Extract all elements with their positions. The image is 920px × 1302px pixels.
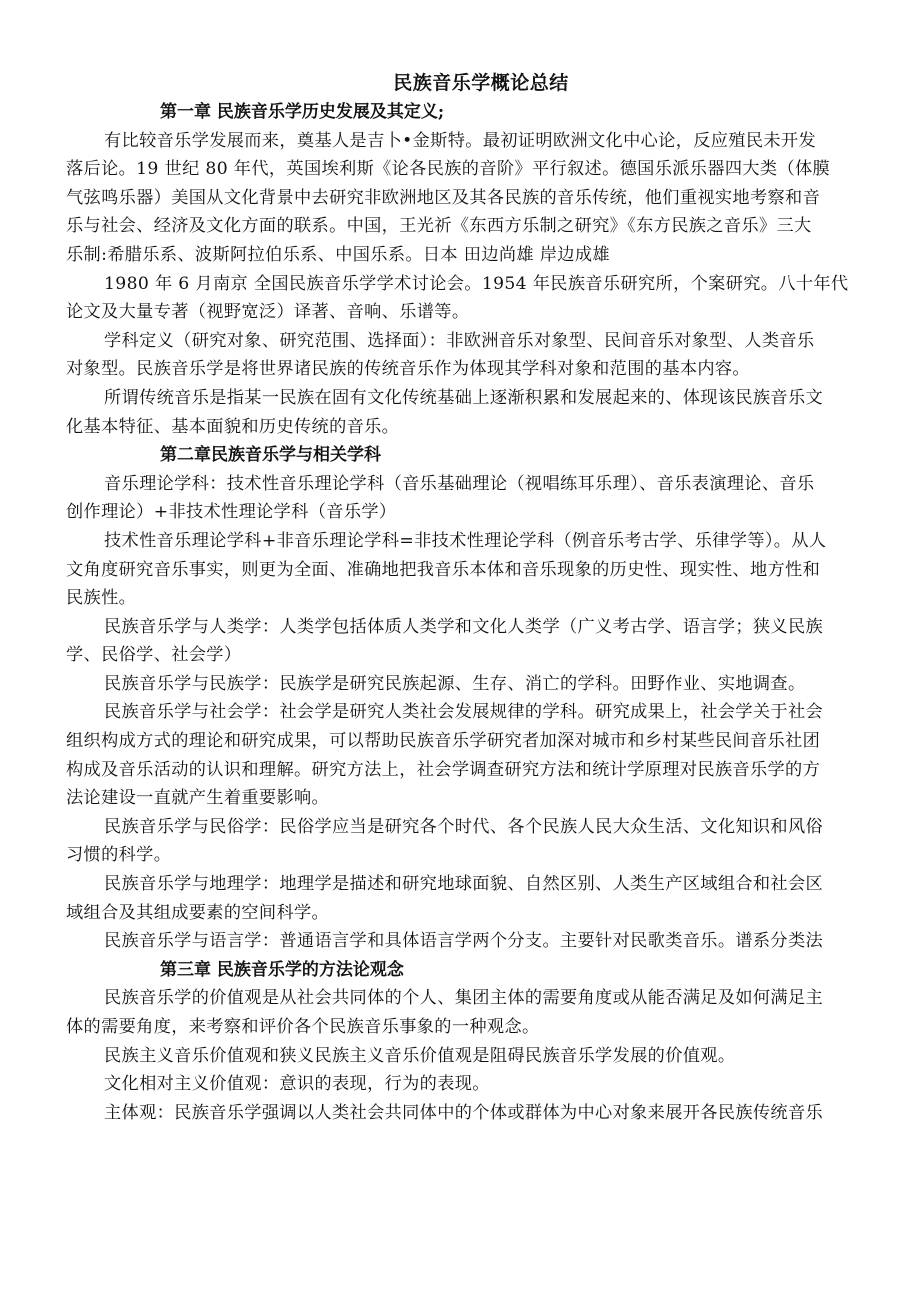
chapter-2-heading: 第二章民族音乐学与相关学科 — [66, 441, 856, 470]
text-line: 气弦鸣乐器）美国从文化背景中去研究非欧洲地区及其各民族的音乐传统，他们重视实地考… — [66, 184, 856, 213]
text-line: 民族音乐学与民俗学：民俗学应当是研究各个时代、各个民族人民大众生活、文化知识和风… — [66, 813, 856, 842]
text-line: 1980 年 6 月南京 全国民族音乐学学术讨论会。1954 年民族音乐研究所，… — [66, 270, 856, 299]
paragraph: 技术性音乐理论学科+非音乐理论学科=非技术性理论学科（例音乐考古学、乐律学等）。… — [66, 527, 856, 613]
chapter-1-heading: 第一章 民族音乐学历史发展及其定义; — [66, 98, 856, 127]
text-line: 所谓传统音乐是指某一民族在固有文化传统基础上逐渐积累和发展起来的、体现该民族音乐… — [66, 384, 856, 413]
text-line: 民族音乐学的价值观是从社会共同体的个人、集团主体的需要角度或从能否满足及如何满足… — [66, 984, 856, 1013]
text-line: 民族音乐学与人类学：人类学包括体质人类学和文化人类学（广义考古学、语言学；狭义民… — [66, 613, 856, 642]
text-line: 民族音乐学与地理学：地理学是描述和研究地球面貌、自然区别、人类生产区域组合和社会… — [66, 870, 856, 899]
text-line: 乐与社会、经济及文化方面的联系。中国，王光祈《东西方乐制之研究》《东方民族之音乐… — [66, 212, 856, 241]
text-line: 论文及大量专著（视野宽泛）译著、音响、乐谱等。 — [66, 298, 856, 327]
text-line: 民族性。 — [66, 584, 856, 613]
text-line: 法论建设一直就产生着重要影响。 — [66, 784, 856, 813]
paragraph: 所谓传统音乐是指某一民族在固有文化传统基础上逐渐积累和发展起来的、体现该民族音乐… — [66, 384, 856, 441]
text-line: 构成及音乐活动的认识和理解。研究方法上，社会学调查研究方法和统计学原理对民族音乐… — [66, 756, 856, 785]
text-line: 技术性音乐理论学科+非音乐理论学科=非技术性理论学科（例音乐考古学、乐律学等）。… — [66, 527, 856, 556]
paragraph: 学科定义（研究对象、研究范围、选择面）：非欧洲音乐对象型、民间音乐对象型、人类音… — [66, 327, 856, 384]
text-line: 化基本特征、基本面貌和历史传统的音乐。 — [66, 413, 856, 442]
text-line: 体的需要角度，来考察和评价各个民族音乐事象的一种观念。 — [66, 1013, 856, 1042]
paragraph: 民族主义音乐价值观和狭义民族主义音乐价值观是阻碍民族音乐学发展的价值观。 — [66, 1042, 856, 1071]
paragraph: 有比较音乐学发展而来，奠基人是吉卜•金斯特。最初证明欧洲文化中心论，反应殖民未开… — [66, 127, 856, 270]
paragraph: 民族音乐学与民俗学：民俗学应当是研究各个时代、各个民族人民大众生活、文化知识和风… — [66, 813, 856, 870]
text-line: 主体观：民族音乐学强调以人类社会共同体中的个体或群体为中心对象来展开各民族传统音… — [66, 1099, 856, 1128]
text-line: 域组合及其组成要素的空间科学。 — [66, 899, 856, 928]
text-line: 组织构成方式的理论和研究成果，可以帮助民族音乐学研究者加深对城市和乡村某些民间音… — [66, 727, 856, 756]
paragraph: 主体观：民族音乐学强调以人类社会共同体中的个体或群体为中心对象来展开各民族传统音… — [66, 1099, 856, 1128]
paragraph: 民族音乐学与地理学：地理学是描述和研究地球面貌、自然区别、人类生产区域组合和社会… — [66, 870, 856, 927]
paragraph: 民族音乐学与语言学：普通语言学和具体语言学两个分支。主要针对民歌类音乐。谱系分类… — [66, 927, 856, 956]
text-line: 文化相对主义价值观：意识的表现，行为的表现。 — [66, 1070, 856, 1099]
text-line: 习惯的科学。 — [66, 841, 856, 870]
text-line: 民族主义音乐价值观和狭义民族主义音乐价值观是阻碍民族音乐学发展的价值观。 — [66, 1042, 856, 1071]
paragraph: 音乐理论学科：技术性音乐理论学科（音乐基础理论（视唱练耳乐理）、音乐表演理论、音… — [66, 470, 856, 527]
text-line: 落后论。19 世纪 80 年代，英国埃利斯《论各民族的音阶》平行叙述。德国乐派乐… — [66, 155, 856, 184]
text-line: 音乐理论学科：技术性音乐理论学科（音乐基础理论（视唱练耳乐理）、音乐表演理论、音… — [66, 470, 856, 499]
text-line: 民族音乐学与社会学：社会学是研究人类社会发展规律的学科。研究成果上，社会学关于社… — [66, 698, 856, 727]
document-page: 民族音乐学概论总结 第一章 民族音乐学历史发展及其定义; 有比较音乐学发展而来，… — [66, 68, 856, 1127]
paragraph: 文化相对主义价值观：意识的表现，行为的表现。 — [66, 1070, 856, 1099]
text-line: 文角度研究音乐事实，则更为全面、准确地把我音乐本体和音乐现象的历史性、现实性、地… — [66, 556, 856, 585]
text-line: 民族音乐学与民族学：民族学是研究民族起源、生存、消亡的学科。田野作业、实地调查。 — [66, 670, 856, 699]
paragraph: 民族音乐学的价值观是从社会共同体的个人、集团主体的需要角度或从能否满足及如何满足… — [66, 984, 856, 1041]
text-line: 创作理论）+非技术性理论学科（音乐学） — [66, 498, 856, 527]
text-line: 对象型。民族音乐学是将世界诸民族的传统音乐作为体现其学科对象和范围的基本内容。 — [66, 355, 856, 384]
paragraph: 民族音乐学与民族学：民族学是研究民族起源、生存、消亡的学科。田野作业、实地调查。 — [66, 670, 856, 699]
paragraph: 1980 年 6 月南京 全国民族音乐学学术讨论会。1954 年民族音乐研究所，… — [66, 270, 856, 327]
text-line: 学、民俗学、社会学） — [66, 641, 856, 670]
document-title: 民族音乐学概论总结 — [66, 68, 856, 98]
chapter-3-heading: 第三章 民族音乐学的方法论观念 — [66, 956, 856, 985]
text-line: 乐制:希腊乐系、波斯阿拉伯乐系、中国乐系。日本 田边尚雄 岸边成雄 — [66, 241, 856, 270]
text-line: 民族音乐学与语言学：普通语言学和具体语言学两个分支。主要针对民歌类音乐。谱系分类… — [66, 927, 856, 956]
paragraph: 民族音乐学与社会学：社会学是研究人类社会发展规律的学科。研究成果上，社会学关于社… — [66, 698, 856, 812]
text-line: 有比较音乐学发展而来，奠基人是吉卜•金斯特。最初证明欧洲文化中心论，反应殖民未开… — [66, 127, 856, 156]
text-line: 学科定义（研究对象、研究范围、选择面）：非欧洲音乐对象型、民间音乐对象型、人类音… — [66, 327, 856, 356]
paragraph: 民族音乐学与人类学：人类学包括体质人类学和文化人类学（广义考古学、语言学；狭义民… — [66, 613, 856, 670]
